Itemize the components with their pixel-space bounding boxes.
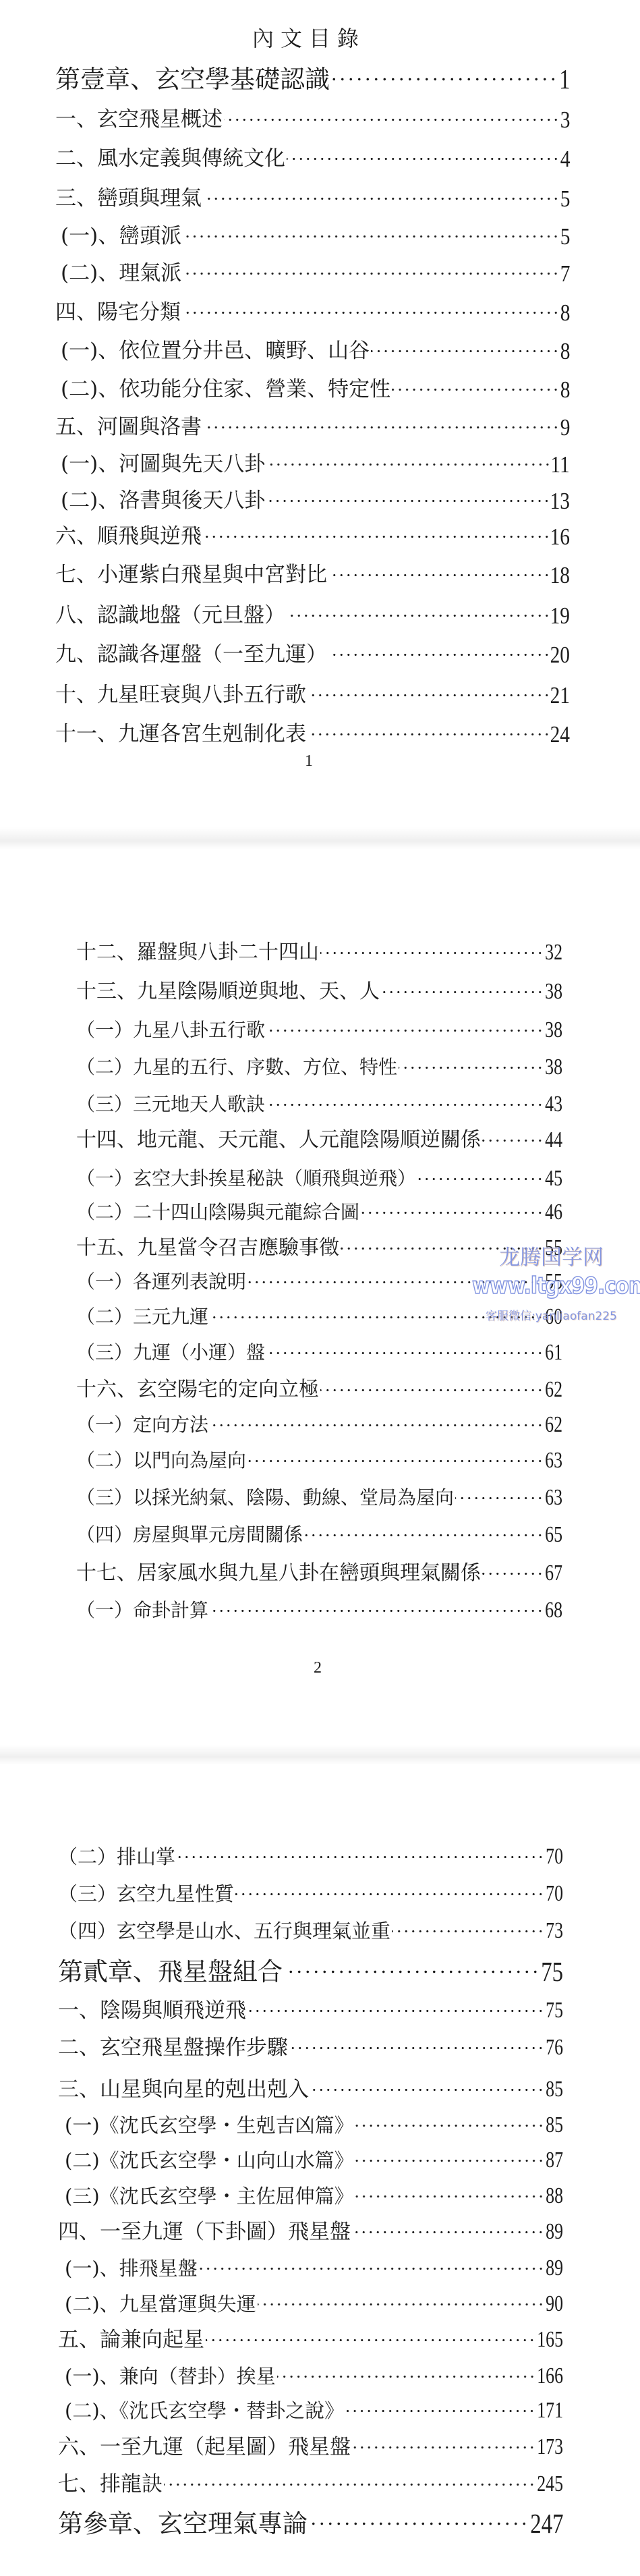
toc-entry-title: （一）九星八卦五行歌 <box>76 1021 265 1040</box>
toc-entry-title: (二)《沈氏玄空學・山向山水篇》 <box>58 2151 354 2171</box>
toc-entry-page: 16 <box>550 525 570 549</box>
toc-entry-title: （三）以採光納氣、陰陽、動線、堂局為屋向 <box>76 1488 454 1507</box>
dot-leader <box>309 2522 529 2525</box>
toc-entry-page: 43 <box>545 1093 562 1116</box>
toc-entry-page: 38 <box>545 980 562 1003</box>
toc-entry-page: 89 <box>546 2257 563 2280</box>
toc-entry-title: 七、小運紫白飛星與中宮對比 <box>55 565 327 586</box>
dot-leader <box>199 2267 544 2270</box>
toc-entry: 二、玄空飛星盤操作步驟 76 <box>58 2034 563 2061</box>
dot-leader <box>224 118 560 121</box>
toc-entry-title: 三、巒頭與理氣 <box>55 188 202 209</box>
toc-entry-page: 8 <box>560 339 570 363</box>
dot-leader <box>183 272 559 275</box>
page-number: 1 <box>295 753 322 769</box>
toc-entry-page: 5 <box>560 225 570 248</box>
toc-entry-title: 十四、地元龍、天元龍、人元龍陰陽順逆關係 <box>76 1130 481 1150</box>
toc-entry-title: (二)、理氣派 <box>55 263 181 284</box>
dot-leader <box>258 2303 544 2306</box>
toc-entry-title: (一)、排飛星盤 <box>58 2259 198 2278</box>
toc-entry-page: 63 <box>545 1486 562 1509</box>
toc-entry: 四、一至九運（下卦圖）飛星盤 89 <box>58 2218 563 2245</box>
toc-subentry: （二）以門向為屋向 63 <box>76 1447 562 1474</box>
toc-entry-title: 九、認識各運盤（一至九運） <box>55 644 327 665</box>
toc-entry: 七、排龍訣 245 <box>58 2471 563 2498</box>
toc-entry: 八、認識地盤（元旦盤） 19 <box>55 602 570 629</box>
toc-subentry: (一)、河圖與先天八卦 11 <box>55 451 570 478</box>
page-number: 2 <box>304 1660 331 1676</box>
toc-entry-title: （一）命卦計算 <box>76 1601 208 1620</box>
dot-leader <box>266 463 551 466</box>
toc-entry-page: 70 <box>546 1845 563 1868</box>
toc-entry-title: （二）以門向為屋向 <box>76 1451 246 1470</box>
toc-subentry: （一）玄空大卦挨星秘訣（順飛與逆飛） 45 <box>76 1165 562 1192</box>
toc-entry-title: (三)《沈氏玄空學・主佐屈伸篇》 <box>58 2187 354 2206</box>
toc-entry-title: 十一、九運各宮生剋制化表 <box>55 724 306 745</box>
dot-leader <box>164 2483 535 2486</box>
toc-entry: 十六、玄空陽宅的定向立極 62 <box>76 1376 562 1403</box>
dot-leader <box>308 733 550 736</box>
toc-entry-page: 46 <box>545 1201 562 1224</box>
toc-entry: 三、巒頭與理氣 5 <box>55 185 570 212</box>
toc-entry-title: 第壹章、玄空學基礎認識 <box>55 67 330 92</box>
toc-entry-title: (一)、兼向（替卦）挨星 <box>58 2367 276 2386</box>
toc-entry-page: 75 <box>541 1958 563 1986</box>
toc-entry-title: 二、風水定義與傳統文化 <box>55 148 285 169</box>
toc-chapter-entry: 第參章、玄空理氣專論 247 <box>58 2507 563 2540</box>
toc-subentry: （一）命卦計算 68 <box>76 1597 562 1624</box>
toc-entry-title: （三）玄空九星性質 <box>58 1884 234 1904</box>
toc-entry-title: （一）各運列表說明 <box>76 1272 246 1291</box>
dot-leader <box>381 990 544 994</box>
toc-entry-title: (一)、巒頭派 <box>55 226 181 247</box>
toc-entry-page: 87 <box>546 2149 563 2172</box>
toc-entry-page: 89 <box>546 2220 563 2243</box>
toc-entry: 七、小運紫白飛星與中宮對比 18 <box>55 561 570 588</box>
toc-subentry: （二）二十四山陰陽與元龍綜合圖 46 <box>76 1199 562 1226</box>
toc-entry-title: (二)、洛書與後天八卦 <box>55 491 265 511</box>
toc-subentry: (一)、巒頭派 5 <box>55 223 570 250</box>
toc-subentry: （一）九星八卦五行歌 38 <box>76 1017 562 1044</box>
toc-entry-title: 第參章、玄空理氣專論 <box>58 2511 308 2536</box>
toc-entry-title: 八、認識地盤（元旦盤） <box>55 605 285 626</box>
toc-subentry: (二)、九星當運與失運 90 <box>58 2291 563 2318</box>
toc-subentry: (二)、洛書與後天八卦 13 <box>55 487 570 514</box>
toc-entry-title: （四）玄空學是山水、五行與理氣並重 <box>58 1922 390 1941</box>
dot-leader <box>203 535 550 538</box>
toc-entry-page: 62 <box>545 1413 562 1436</box>
page-separator <box>0 1745 640 1765</box>
toc-subentry: （三）三元地天人歌訣 43 <box>76 1091 562 1118</box>
toc-entry: 一、陰陽與順飛逆飛 75 <box>58 1997 563 2024</box>
toc-entry-title: 四、一至九運（下卦圖）飛星盤 <box>58 2222 351 2243</box>
toc-entry-title: 十三、九星陰陽順逆與地、天、人 <box>76 982 380 1002</box>
toc-entry-page: 11 <box>551 453 570 476</box>
toc-entry-page: 85 <box>546 2078 563 2101</box>
toc-entry-title: （一）定向方法 <box>76 1416 208 1434</box>
dot-leader <box>284 1970 540 1973</box>
toc-subentry: (二)、理氣派 7 <box>55 260 570 287</box>
page-separator <box>0 827 640 850</box>
toc-entry-page: 3 <box>560 108 570 132</box>
toc-subentry: (一)、依位置分井邑、曠野、山谷 8 <box>55 337 570 364</box>
toc-entry-page: 38 <box>545 1019 562 1042</box>
toc-entry-title: (一)、依位置分井邑、曠野、山谷 <box>55 341 370 362</box>
dot-leader <box>235 1893 544 1896</box>
dot-leader <box>482 1572 544 1575</box>
toc-entry-page: 70 <box>546 1882 563 1905</box>
toc-subentry: (一)《沈氏玄空學・生剋吉凶篇》 85 <box>58 2112 563 2139</box>
toc-entry-title: （三）九運（小運）盤 <box>76 1343 265 1362</box>
toc-subentry: （三）九運（小運）盤 61 <box>76 1339 562 1366</box>
toc-entry-page: 90 <box>546 2293 563 2316</box>
toc-entry-title: （二）九星的五行、序數、方位、特性 <box>76 1058 397 1077</box>
dot-leader <box>355 2124 544 2127</box>
dot-leader <box>182 311 560 314</box>
dot-leader <box>210 1609 544 1613</box>
dot-leader <box>355 2159 544 2162</box>
toc-entry: 二、風水定義與傳統文化 4 <box>55 145 570 172</box>
dot-leader <box>361 1211 544 1214</box>
toc-entry-page: 24 <box>550 723 570 746</box>
toc-entry-page: 8 <box>560 301 570 325</box>
toc-entry-page: 65 <box>545 1523 562 1546</box>
toc-entry-page: 9 <box>560 416 570 439</box>
toc-entry-title: 一、玄空飛星概述 <box>55 109 223 130</box>
toc-entry-page: 18 <box>550 563 570 587</box>
dot-leader <box>345 2409 535 2413</box>
toc-entry-page: 73 <box>546 1920 563 1942</box>
toc-entry: 十四、地元龍、天元龍、人元龍陰陽順逆關係 44 <box>76 1127 562 1154</box>
toc-entry-title: （一）玄空大卦挨星秘訣（順飛與逆飛） <box>76 1169 416 1188</box>
toc-entry-title: 三、山星與向星的剋出剋入 <box>58 2079 309 2100</box>
toc-entry: 六、一至九運（起星圖）飛星盤 173 <box>58 2434 563 2461</box>
toc-entry-page: 61 <box>545 1341 562 1364</box>
dot-leader <box>287 614 550 617</box>
toc-entry-title: 五、論兼向起星 <box>58 2330 204 2351</box>
dot-leader <box>287 157 560 161</box>
dot-leader <box>248 2009 544 2013</box>
toc-entry-title: （三）三元地天人歌訣 <box>76 1095 265 1114</box>
toc-entry: 十一、九運各宮生剋制化表 24 <box>55 721 570 748</box>
dot-leader <box>371 349 559 353</box>
dot-leader <box>310 2088 544 2092</box>
toc-entry-title: 二、玄空飛星盤操作步驟 <box>58 2038 288 2059</box>
toc-entry-page: 32 <box>545 941 562 964</box>
watermark-site-name: 龙腾国学网 <box>499 1245 604 1270</box>
dot-leader <box>392 1930 544 1933</box>
toc-subentry: (三)《沈氏玄空學・主佐屈伸篇》 88 <box>58 2183 563 2210</box>
toc-entry-title: 十二、羅盤與八卦二十四山 <box>76 943 319 963</box>
toc-entry-title: 十五、九星當令召吉應驗事徵 <box>76 1238 339 1258</box>
dot-leader <box>308 694 550 697</box>
toc-subentry: (二)《沈氏玄空學・山向山水篇》 87 <box>58 2147 563 2174</box>
dot-leader <box>266 1029 544 1032</box>
toc-entry-page: 21 <box>550 683 570 707</box>
toc-entry-title: 四、陽宅分類 <box>55 302 181 323</box>
dot-leader <box>248 1459 544 1463</box>
toc-entry-page: 88 <box>546 2185 563 2208</box>
toc-entry: 四、陽宅分類 8 <box>55 299 570 326</box>
toc-entry-title: (一)《沈氏玄空學・生剋吉凶篇》 <box>58 2116 354 2135</box>
toc-subentry: （三）以採光納氣、陰陽、動線、堂局為屋向 63 <box>76 1484 562 1511</box>
dot-leader <box>183 235 559 238</box>
toc-entry-page: 19 <box>550 604 570 627</box>
toc-entry-page: 5 <box>560 187 570 211</box>
dot-leader <box>266 1103 544 1107</box>
toc-subentry: （一）定向方法 62 <box>76 1411 562 1438</box>
toc-entry-title: 六、一至九運（起星圖）飛星盤 <box>58 2437 351 2458</box>
toc-entry: 十五、九星當令召吉應驗事徵 55 <box>76 1235 562 1262</box>
toc-entry-title: 七、排龍訣 <box>58 2474 163 2495</box>
dot-leader <box>392 388 559 391</box>
toc-entry: 一、玄空飛星概述 3 <box>55 106 570 133</box>
dot-leader <box>289 2046 544 2050</box>
toc-entry-title: 十七、居家風水與九星八卦在巒頭與理氣關係 <box>76 1563 481 1584</box>
dot-leader <box>206 2339 535 2342</box>
dot-leader <box>203 426 560 429</box>
toc-entry-page: 166 <box>537 2365 563 2388</box>
toc-entry-title: （二）三元九運 <box>76 1308 208 1326</box>
toc-entry-page: 68 <box>545 1599 562 1622</box>
toc-entry-title: (一)、河圖與先天八卦 <box>55 454 265 475</box>
toc-entry-page: 4 <box>560 147 570 171</box>
dot-leader <box>399 1066 544 1069</box>
toc-entry-page: 245 <box>537 2473 563 2496</box>
toc-entry-title: 一、陰陽與順飛逆飛 <box>58 2000 246 2021</box>
toc-subentry: （二）排山掌 70 <box>58 1843 563 1870</box>
toc-entry-page: 85 <box>546 2114 563 2137</box>
toc-subentry: (一)、排飛星盤 89 <box>58 2255 563 2282</box>
dot-leader <box>352 2446 535 2449</box>
toc-entry-title: （二）排山掌 <box>58 1847 175 1867</box>
dot-leader <box>482 1139 544 1142</box>
dot-leader <box>266 499 550 503</box>
toc-entry: 十、九星旺衰與八卦五行歌 21 <box>55 681 570 708</box>
dot-leader <box>210 1424 544 1427</box>
dot-leader <box>331 78 558 81</box>
toc-entry: 五、論兼向起星 165 <box>58 2326 563 2353</box>
toc-subentry: (二)、依功能分住家、營業、特定性 8 <box>55 376 570 403</box>
toc-entry-title: （四）房屋與單元房間關係 <box>76 1525 303 1544</box>
toc-entry-title: (二)、九星當運與失運 <box>58 2295 256 2314</box>
toc-subentry: (二)、《沈氏玄空學・替卦之說》 171 <box>58 2397 563 2424</box>
toc-entry: 九、認識各運盤（一至九運） 20 <box>55 641 570 668</box>
dot-leader <box>320 1389 544 1392</box>
toc-entry-title: (二)、依功能分住家、營業、特定性 <box>55 379 390 400</box>
toc-entry: 六、順飛與逆飛 16 <box>55 523 570 550</box>
toc-entry-page: 247 <box>530 2510 563 2538</box>
toc-subentry: （四）玄空學是山水、五行與理氣並重 73 <box>58 1917 563 1944</box>
dot-leader <box>328 653 550 656</box>
toc-entry: 十七、居家風水與九星八卦在巒頭與理氣關係 67 <box>76 1560 562 1587</box>
dot-leader <box>328 573 550 577</box>
watermark-contact: 客服微信:yanliaofan225 <box>486 1309 617 1324</box>
toc-entry-page: 75 <box>546 1999 563 2022</box>
toc-subentry: （四）房屋與單元房間關係 65 <box>76 1521 562 1548</box>
dot-leader <box>304 1534 544 1537</box>
dot-leader <box>455 1496 544 1500</box>
toc-entry-page: 67 <box>545 1562 562 1585</box>
toc-entry-page: 38 <box>545 1056 562 1079</box>
toc-entry-title: 十六、玄空陽宅的定向立極 <box>76 1380 319 1400</box>
dot-leader <box>352 2231 544 2234</box>
toc-subentry: （三）玄空九星性質 70 <box>58 1880 563 1907</box>
toc-entry-page: 76 <box>546 2036 563 2059</box>
toc-entry-title: （二）二十四山陰陽與元龍綜合圖 <box>76 1203 359 1222</box>
toc-entry-page: 7 <box>560 262 570 285</box>
toc-entry: 五、河圖與洛書 9 <box>55 414 570 441</box>
toc-entry: 十三、九星陰陽順逆與地、天、人 38 <box>76 978 562 1005</box>
dot-leader <box>320 951 544 955</box>
toc-entry-page: 173 <box>537 2436 563 2459</box>
toc-entry-title: 五、河圖與洛書 <box>55 417 202 438</box>
dot-leader <box>417 1177 544 1181</box>
toc-entry-page: 171 <box>537 2399 563 2422</box>
toc-entry: 十二、羅盤與八卦二十四山 32 <box>76 939 562 966</box>
toc-entry-page: 20 <box>550 643 570 667</box>
toc-chapter-entry: 第貳章、飛星盤組合 75 <box>58 1955 563 1988</box>
toc-chapter-entry: 第壹章、玄空學基礎認識 1 <box>55 63 570 95</box>
toc-entry-page: 8 <box>560 378 570 401</box>
toc-subentry: (一)、兼向（替卦）挨星 166 <box>58 2363 563 2390</box>
toc-entry-page: 165 <box>537 2328 563 2351</box>
watermark-url: www.ltgx99.com <box>472 1273 640 1300</box>
dot-leader <box>266 1351 544 1355</box>
page-title: 內文目錄 <box>0 26 618 51</box>
toc-entry-page: 45 <box>545 1167 562 1190</box>
dot-leader <box>203 197 560 200</box>
dot-leader <box>355 2195 544 2198</box>
toc-entry-page: 63 <box>545 1449 562 1472</box>
toc-entry-page: 1 <box>559 65 570 93</box>
dot-leader <box>177 1855 544 1859</box>
toc-entry-title: 十、九星旺衰與八卦五行歌 <box>55 685 306 706</box>
toc-entry-title: (二)、《沈氏玄空學・替卦之說》 <box>58 2401 344 2421</box>
toc-entry-page: 13 <box>550 489 570 513</box>
toc-entry-title: 第貳章、飛星盤組合 <box>58 1959 283 1984</box>
toc-entry-page: 44 <box>545 1129 562 1152</box>
toc-entry-page: 62 <box>545 1378 562 1401</box>
toc-entry-title: 六、順飛與逆飛 <box>55 526 202 547</box>
toc-entry: 三、山星與向星的剋出剋入 85 <box>58 2076 563 2103</box>
toc-subentry: （二）九星的五行、序數、方位、特性 38 <box>76 1054 562 1081</box>
dot-leader <box>277 2375 535 2378</box>
